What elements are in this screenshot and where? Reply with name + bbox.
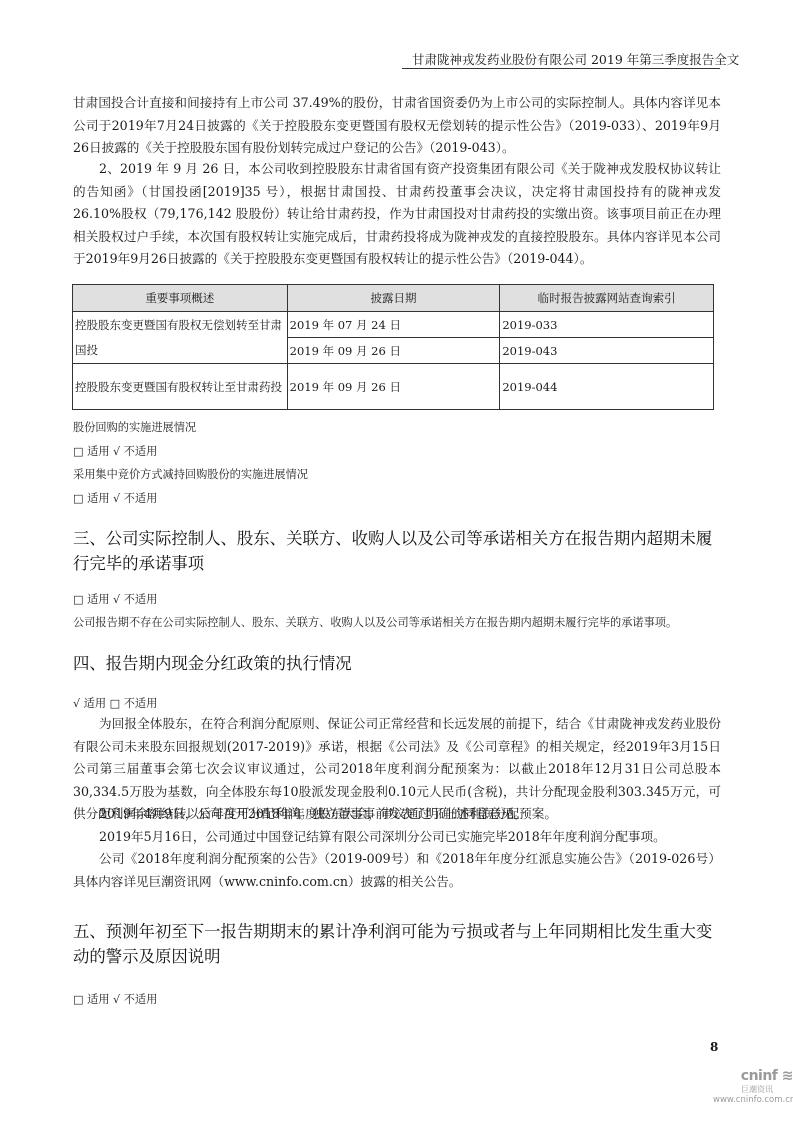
section-3-note: 公司报告期不存在公司实际控制人、股东、关联方、收购人以及公司等承诺相关方在报告期… <box>73 614 677 630</box>
disclosure-date: 2019 年 09 月 26 日 <box>287 338 500 364</box>
intro-paragraph: 甘肃国投合计直接和间接持有上市公司 37.49%的股份，甘肃省国资委仍为上市公司… <box>73 92 721 160</box>
logo-brand: cninf ≋ <box>713 1068 793 1084</box>
section-4-applicable: √ 适用 □ 不适用 <box>73 695 157 711</box>
section-3-heading: 三、公司实际控制人、股东、关联方、收购人以及公司等承诺相关方在报告期内超期未履行… <box>73 526 721 576</box>
section-4-heading: 四、报告期内现金分红政策的执行情况 <box>73 651 721 676</box>
event-summary: 控股股东变更暨国有股权无偿划转至甘肃国投 <box>73 312 288 364</box>
column-header-index: 临时报告披露网站查询索引 <box>500 285 714 312</box>
cninfo-logo: cninf ≋ 巨潮资讯 www.cninfo.com.cn <box>713 1068 793 1105</box>
table-row: 控股股东变更暨国有股权转让至甘肃药投 2019 年 09 月 26 日 2019… <box>73 364 714 410</box>
column-header-summary: 重要事项概述 <box>73 285 288 312</box>
report-index: 2019-043 <box>500 338 714 364</box>
section-3-applicable: □ 适用 √ 不适用 <box>73 591 157 607</box>
report-index: 2019-033 <box>500 312 714 338</box>
section-4-paragraph-4: 公司《2018年度利润分配预案的公告》（2019-009号）和《2018年年度分… <box>73 848 721 893</box>
event-summary: 控股股东变更暨国有股权转让至甘肃药投 <box>73 364 288 410</box>
table-header-row: 重要事项概述 披露日期 临时报告披露网站查询索引 <box>73 285 714 312</box>
reduction-label: 采用集中竞价方式减持回购股份的实施进展情况 <box>73 466 308 482</box>
table-row: 控股股东变更暨国有股权无偿划转至甘肃国投 2019 年 07 月 24 日 20… <box>73 312 714 338</box>
major-events-table: 重要事项概述 披露日期 临时报告披露网站查询索引 控股股东变更暨国有股权无偿划转… <box>72 284 714 410</box>
disclosure-date: 2019 年 07 月 24 日 <box>287 312 500 338</box>
report-index: 2019-044 <box>500 364 714 410</box>
repurchase-label: 股份回购的实施进展情况 <box>73 419 196 435</box>
logo-swoosh-icon: ≋ <box>777 1068 793 1084</box>
section-4-paragraph-2: 2019年4月9日，公司召开2018年年度股东大会，审议通过了上述利润分配预案。 <box>73 803 721 826</box>
repurchase-applicable: □ 适用 √ 不适用 <box>73 443 157 459</box>
page-number: 8 <box>710 1040 718 1054</box>
logo-url: www.cninfo.com.cn <box>713 1095 793 1105</box>
section-5-heading: 五、预测年初至下一报告期期末的累计净利润可能为亏损或者与上年同期相比发生重大变动… <box>73 919 721 969</box>
reduction-applicable: □ 适用 √ 不适用 <box>73 490 157 506</box>
disclosure-date: 2019 年 09 月 26 日 <box>287 364 500 410</box>
column-header-date: 披露日期 <box>287 285 500 312</box>
section-5-applicable: □ 适用 √ 不适用 <box>73 991 157 1007</box>
header-divider <box>402 68 720 69</box>
logo-chinese-name: 巨潮资讯 <box>713 1084 773 1095</box>
document-header: 甘肃陇神戎发药业股份有限公司 2019 年第三季度报告全文 <box>412 50 721 68</box>
section-4-paragraph-3: 2019年5月16日，公司通过中国登记结算有限公司深圳分公司已实施完毕2018年… <box>73 826 721 849</box>
item-2-paragraph: 2、2019 年 9 月 26 日，本公司收到控股股东甘肃省国有资产投资集团有限… <box>73 158 721 271</box>
